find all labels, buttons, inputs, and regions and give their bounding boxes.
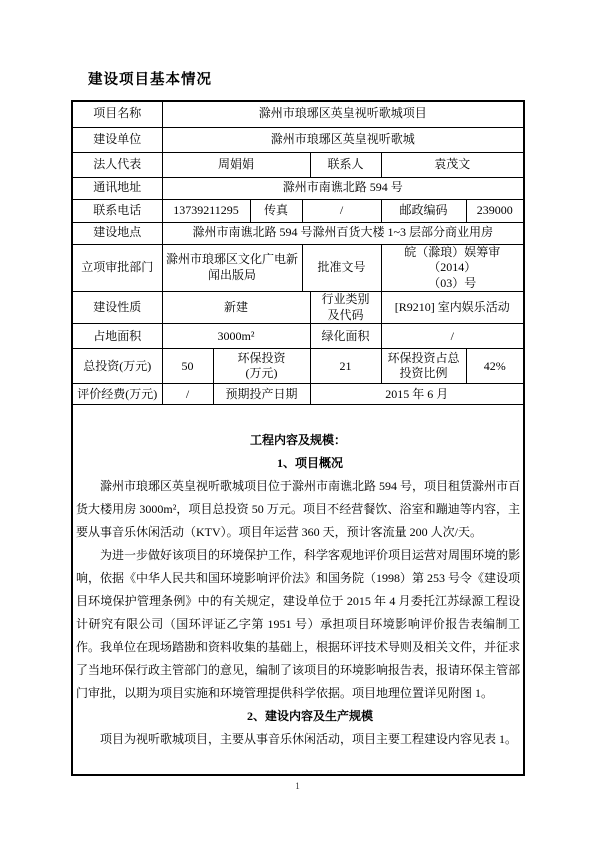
field-value-postcode: 239000	[466, 199, 524, 222]
field-label-total-investment: 总投资(万元)	[72, 349, 162, 384]
scale-paragraph: 项目为视听歌城项目，主要从事音乐休闲活动，项目主要工程建设内容见表 1。	[76, 728, 520, 751]
field-value-project-name: 滁州市琅琊区英皇视听歌城项目	[162, 101, 524, 127]
field-value-address: 滁州市南谯北路 594 号	[162, 177, 524, 199]
subsection-1-heading: 1、项目概况	[76, 452, 520, 475]
field-label-build-site: 建设地点	[72, 222, 162, 244]
field-label-contact-person: 联系人	[310, 152, 381, 177]
row-build-unit: 建设单位 滁州市琅琊区英皇视听歌城	[72, 127, 524, 152]
field-label-eval-cost: 评价经费(万元)	[72, 384, 162, 405]
field-value-build-site: 滁州市南谯北路 594 号滁州百货大楼 1~3 层部分商业用房	[162, 222, 524, 244]
field-label-industry-code: 行业类别 及代码	[310, 292, 381, 324]
row-build-site: 建设地点 滁州市南谯北路 594 号滁州百货大楼 1~3 层部分商业用房	[72, 222, 524, 244]
field-label-phone: 联系电话	[72, 199, 162, 222]
row-address: 通讯地址 滁州市南谯北路 594 号	[72, 177, 524, 199]
field-value-env-ratio: 42%	[466, 349, 524, 384]
row-project-content: 工程内容及规模： 1、项目概况 滁州市琅琊区英皇视听歌城项目位于滁州市南谯北路 …	[72, 405, 524, 775]
field-label-approval-dept: 立项审批部门	[72, 244, 162, 292]
field-value-land-area: 3000m²	[162, 324, 310, 349]
overview-paragraph-1: 滁州市琅琊区英皇视听歌城项目位于滁州市南谯北路 594 号，项目租赁滁州市百货大…	[76, 475, 520, 544]
row-project-name: 项目名称 滁州市琅琊区英皇视听歌城项目	[72, 101, 524, 127]
field-value-production-date: 2015 年 6 月	[310, 384, 524, 405]
project-content-cell: 工程内容及规模： 1、项目概况 滁州市琅琊区英皇视听歌城项目位于滁州市南谯北路 …	[72, 405, 524, 775]
field-value-build-nature: 新建	[162, 292, 310, 324]
field-value-industry-code: [R9210] 室内娱乐活动	[381, 292, 524, 324]
page-number: 1	[0, 781, 595, 791]
field-label-postcode: 邮政编码	[381, 199, 466, 222]
field-label-green-area: 绿化面积	[310, 324, 381, 349]
row-legal-rep: 法人代表 周娟娟 联系人 袁茂文	[72, 152, 524, 177]
overview-paragraph-2: 为进一步做好该项目的环境保护工作，科学客观地评价项目运营对周围环境的影响，依据《…	[76, 544, 520, 705]
field-label-land-area: 占地面积	[72, 324, 162, 349]
field-label-build-unit: 建设单位	[72, 127, 162, 152]
field-label-legal-rep: 法人代表	[72, 152, 162, 177]
field-value-env-investment: 21	[310, 349, 381, 384]
field-value-fax: /	[302, 199, 381, 222]
field-value-approval-doc-no: 皖（滁琅）娱筹审（2014） （03）号	[381, 244, 524, 292]
field-label-build-nature: 建设性质	[72, 292, 162, 324]
row-eval-cost: 评价经费(万元) / 预期投产日期 2015 年 6 月	[72, 384, 524, 405]
row-build-nature: 建设性质 新建 行业类别 及代码 [R9210] 室内娱乐活动	[72, 292, 524, 324]
row-land-area: 占地面积 3000m² 绿化面积 /	[72, 324, 524, 349]
field-label-address: 通讯地址	[72, 177, 162, 199]
row-approval: 立项审批部门 滁州市琅琊区文化广电新 闻出版局 批准文号 皖（滁琅）娱筹审（20…	[72, 244, 524, 292]
field-label-fax: 传真	[250, 199, 302, 222]
section-heading: 工程内容及规模：	[76, 429, 520, 452]
document-page: 建设项目基本情况 项目名称 滁州市琅琊区英皇视听歌城项目 建设单位 滁州市琅琊区…	[0, 0, 595, 841]
field-value-phone: 13739211295	[162, 199, 250, 222]
field-label-env-investment: 环保投资 (万元)	[213, 349, 310, 384]
field-value-green-area: /	[381, 324, 524, 349]
field-value-contact-person: 袁茂文	[381, 152, 524, 177]
page-title: 建设项目基本情况	[88, 68, 212, 89]
field-value-total-investment: 50	[162, 349, 213, 384]
subsection-2-heading: 2、建设内容及生产规模	[76, 705, 520, 728]
field-label-production-date: 预期投产日期	[213, 384, 310, 405]
field-value-legal-rep: 周娟娟	[162, 152, 310, 177]
field-label-env-ratio: 环保投资占总 投资比例	[381, 349, 466, 384]
field-value-approval-dept: 滁州市琅琊区文化广电新 闻出版局	[162, 244, 302, 292]
field-value-build-unit: 滁州市琅琊区英皇视听歌城	[162, 127, 524, 152]
field-label-project-name: 项目名称	[72, 101, 162, 127]
row-phone: 联系电话 13739211295 传真 / 邮政编码 239000	[72, 199, 524, 222]
field-value-eval-cost: /	[162, 384, 213, 405]
field-label-approval-doc-no: 批准文号	[302, 244, 381, 292]
basic-info-table: 项目名称 滁州市琅琊区英皇视听歌城项目 建设单位 滁州市琅琊区英皇视听歌城 法人…	[71, 100, 525, 776]
row-investment: 总投资(万元) 50 环保投资 (万元) 21 环保投资占总 投资比例 42%	[72, 349, 524, 384]
